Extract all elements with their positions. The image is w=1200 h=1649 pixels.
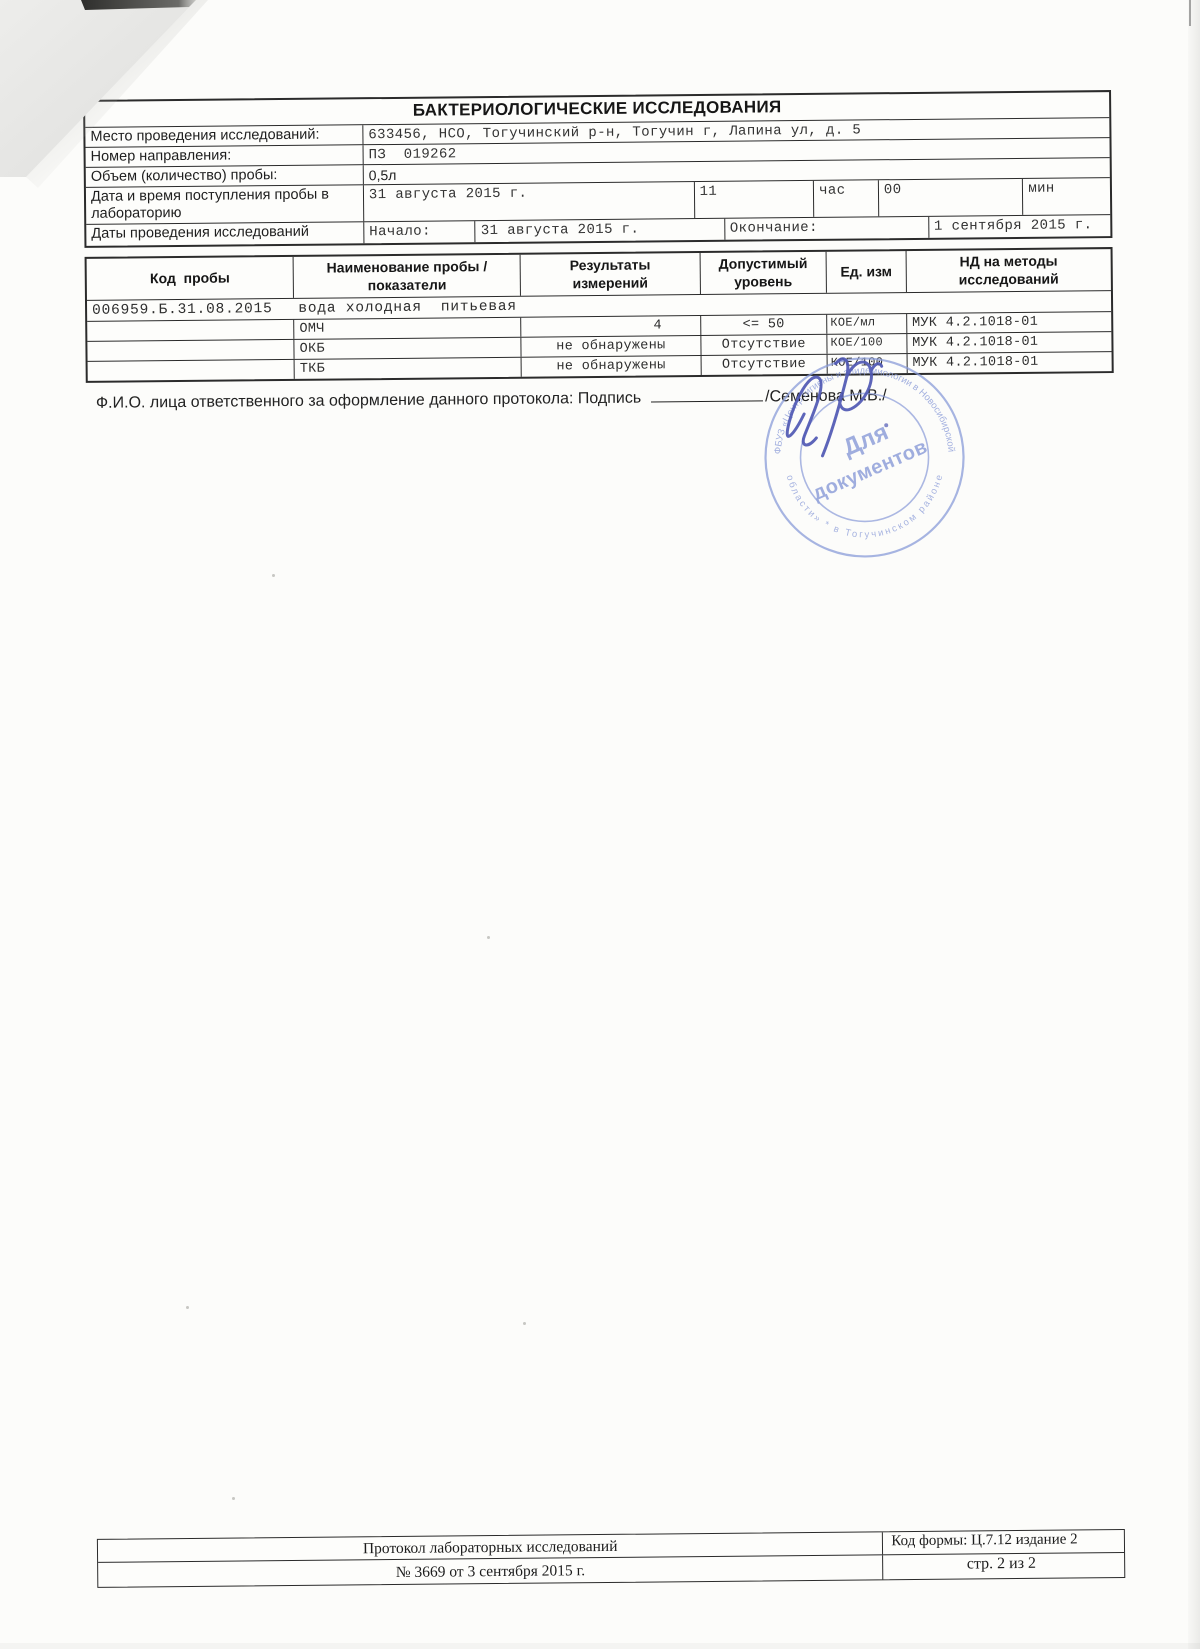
end-date: 1 сентября 2015 г. — [928, 215, 1110, 238]
footer-table: Протокол лабораторных исследований Код ф… — [97, 1529, 1125, 1588]
start-label: Начало: — [363, 221, 475, 243]
unit: КОЕ/мл — [826, 314, 906, 334]
sample-code-empty — [88, 360, 294, 381]
allowed-level: <= 50 — [700, 315, 827, 335]
scan-speck — [487, 936, 490, 939]
scanner-edge-bottom — [0, 1643, 1200, 1649]
header-limit: Допустимый уровень — [699, 252, 826, 294]
indicator-name: ОКБ — [294, 338, 521, 359]
responsible-person-line: Ф.И.О. лица ответственного за оформление… — [96, 385, 887, 413]
header-method: НД на методы исследований — [905, 249, 1111, 292]
stamp: ФБУЗ «Центр гигиены и эпидемиологии в Но… — [758, 350, 972, 564]
header-sample-name: Наименование пробы / показатели — [293, 255, 520, 298]
svg-text:ФБУЗ «Центр гигиены и эпидемио: ФБУЗ «Центр гигиены и эпидемиологии в Но… — [772, 365, 957, 456]
ink-dot — [884, 423, 888, 427]
stamp-arc-top-text: ФБУЗ «Центр гигиены и эпидемиологии в Но… — [772, 365, 957, 456]
scan-speck — [523, 1322, 526, 1325]
info-label: Объем (количество) пробы: — [86, 165, 363, 187]
sample-hour: 11 — [693, 181, 813, 218]
info-label: Дата и время поступления пробы в лаборат… — [86, 185, 363, 224]
hour-unit: час — [813, 180, 878, 217]
scan-speck — [186, 1306, 189, 1309]
allowed-level: Отсутствие — [700, 335, 827, 355]
measurement-result: не обнаружены — [521, 336, 700, 357]
stamp-center-line1: Для — [839, 418, 892, 461]
sample-date: 31 августа 2015 г. — [363, 182, 694, 221]
protocol-number: № 3669 от 3 сентября 2015 г. — [103, 1558, 878, 1584]
method-ref: МУК 4.2.1018-01 — [906, 352, 1111, 373]
measurement-result: 4 — [520, 316, 700, 337]
scanned-document-page: БАКТЕРИОЛОГИЧЕСКИЕ ИССЛЕДОВАНИЯ Место пр… — [0, 0, 1200, 1649]
start-date: 31 августа 2015 г. — [475, 219, 724, 242]
scan-speck — [272, 574, 275, 577]
scanner-edge-right — [1188, 0, 1200, 1649]
measurement-result: не обнаружены — [521, 356, 700, 377]
scanner-mark — [1189, 0, 1191, 26]
responsible-person-name: /Семенова М.В./ — [765, 387, 887, 405]
signature-label: Ф.И.О. лица ответственного за оформление… — [96, 390, 641, 412]
info-table: БАКТЕРИОЛОГИЧЕСКИЕ ИССЛЕДОВАНИЯ Место пр… — [83, 90, 1112, 248]
info-label: Даты проведения исследований — [86, 222, 363, 246]
signature-underline — [651, 386, 763, 402]
method-ref: МУК 4.2.1018-01 — [906, 312, 1111, 333]
form-code: Код формы: Ц.7.12 издание 2 — [882, 1530, 1124, 1554]
stamp-center-line2: документов — [809, 436, 930, 505]
allowed-level: Отсутствие — [700, 355, 827, 375]
unit: КОЕ/100 мл — [827, 354, 907, 374]
sample-code: 006959.Б.31.08.2015 — [87, 299, 293, 321]
header-unit: Ед. изм — [826, 251, 906, 293]
header-results: Результаты измерений — [520, 253, 700, 296]
sample-minute: 00 — [878, 179, 1023, 216]
scan-speck — [232, 1497, 235, 1500]
stamp-inner-ring — [800, 393, 929, 522]
svg-text:области» * в Тогучинском рай: области» * в Тогучинском районе — [784, 472, 947, 541]
sample-code-empty — [87, 320, 293, 341]
sample-code-empty — [87, 340, 293, 361]
page-number: стр. 2 из 2 — [883, 1553, 1125, 1579]
indicator-name: ОМЧ — [293, 318, 520, 339]
end-label: Окончание: — [724, 217, 928, 240]
info-label: Номер направления: — [86, 145, 363, 167]
stamp-arc-bottom-text: области» * в Тогучинском районе — [784, 472, 947, 541]
unit: КОЕ/100 мл — [826, 334, 906, 354]
method-ref: МУК 4.2.1018-01 — [906, 332, 1111, 353]
results-table: Код пробы Наименование пробы / показател… — [85, 247, 1114, 383]
indicator-name: ТКБ — [294, 358, 521, 379]
header-sample-code: Код пробы — [87, 257, 294, 300]
info-label: Место проведения исследований: — [85, 125, 362, 147]
minute-unit: мин — [1022, 178, 1110, 215]
